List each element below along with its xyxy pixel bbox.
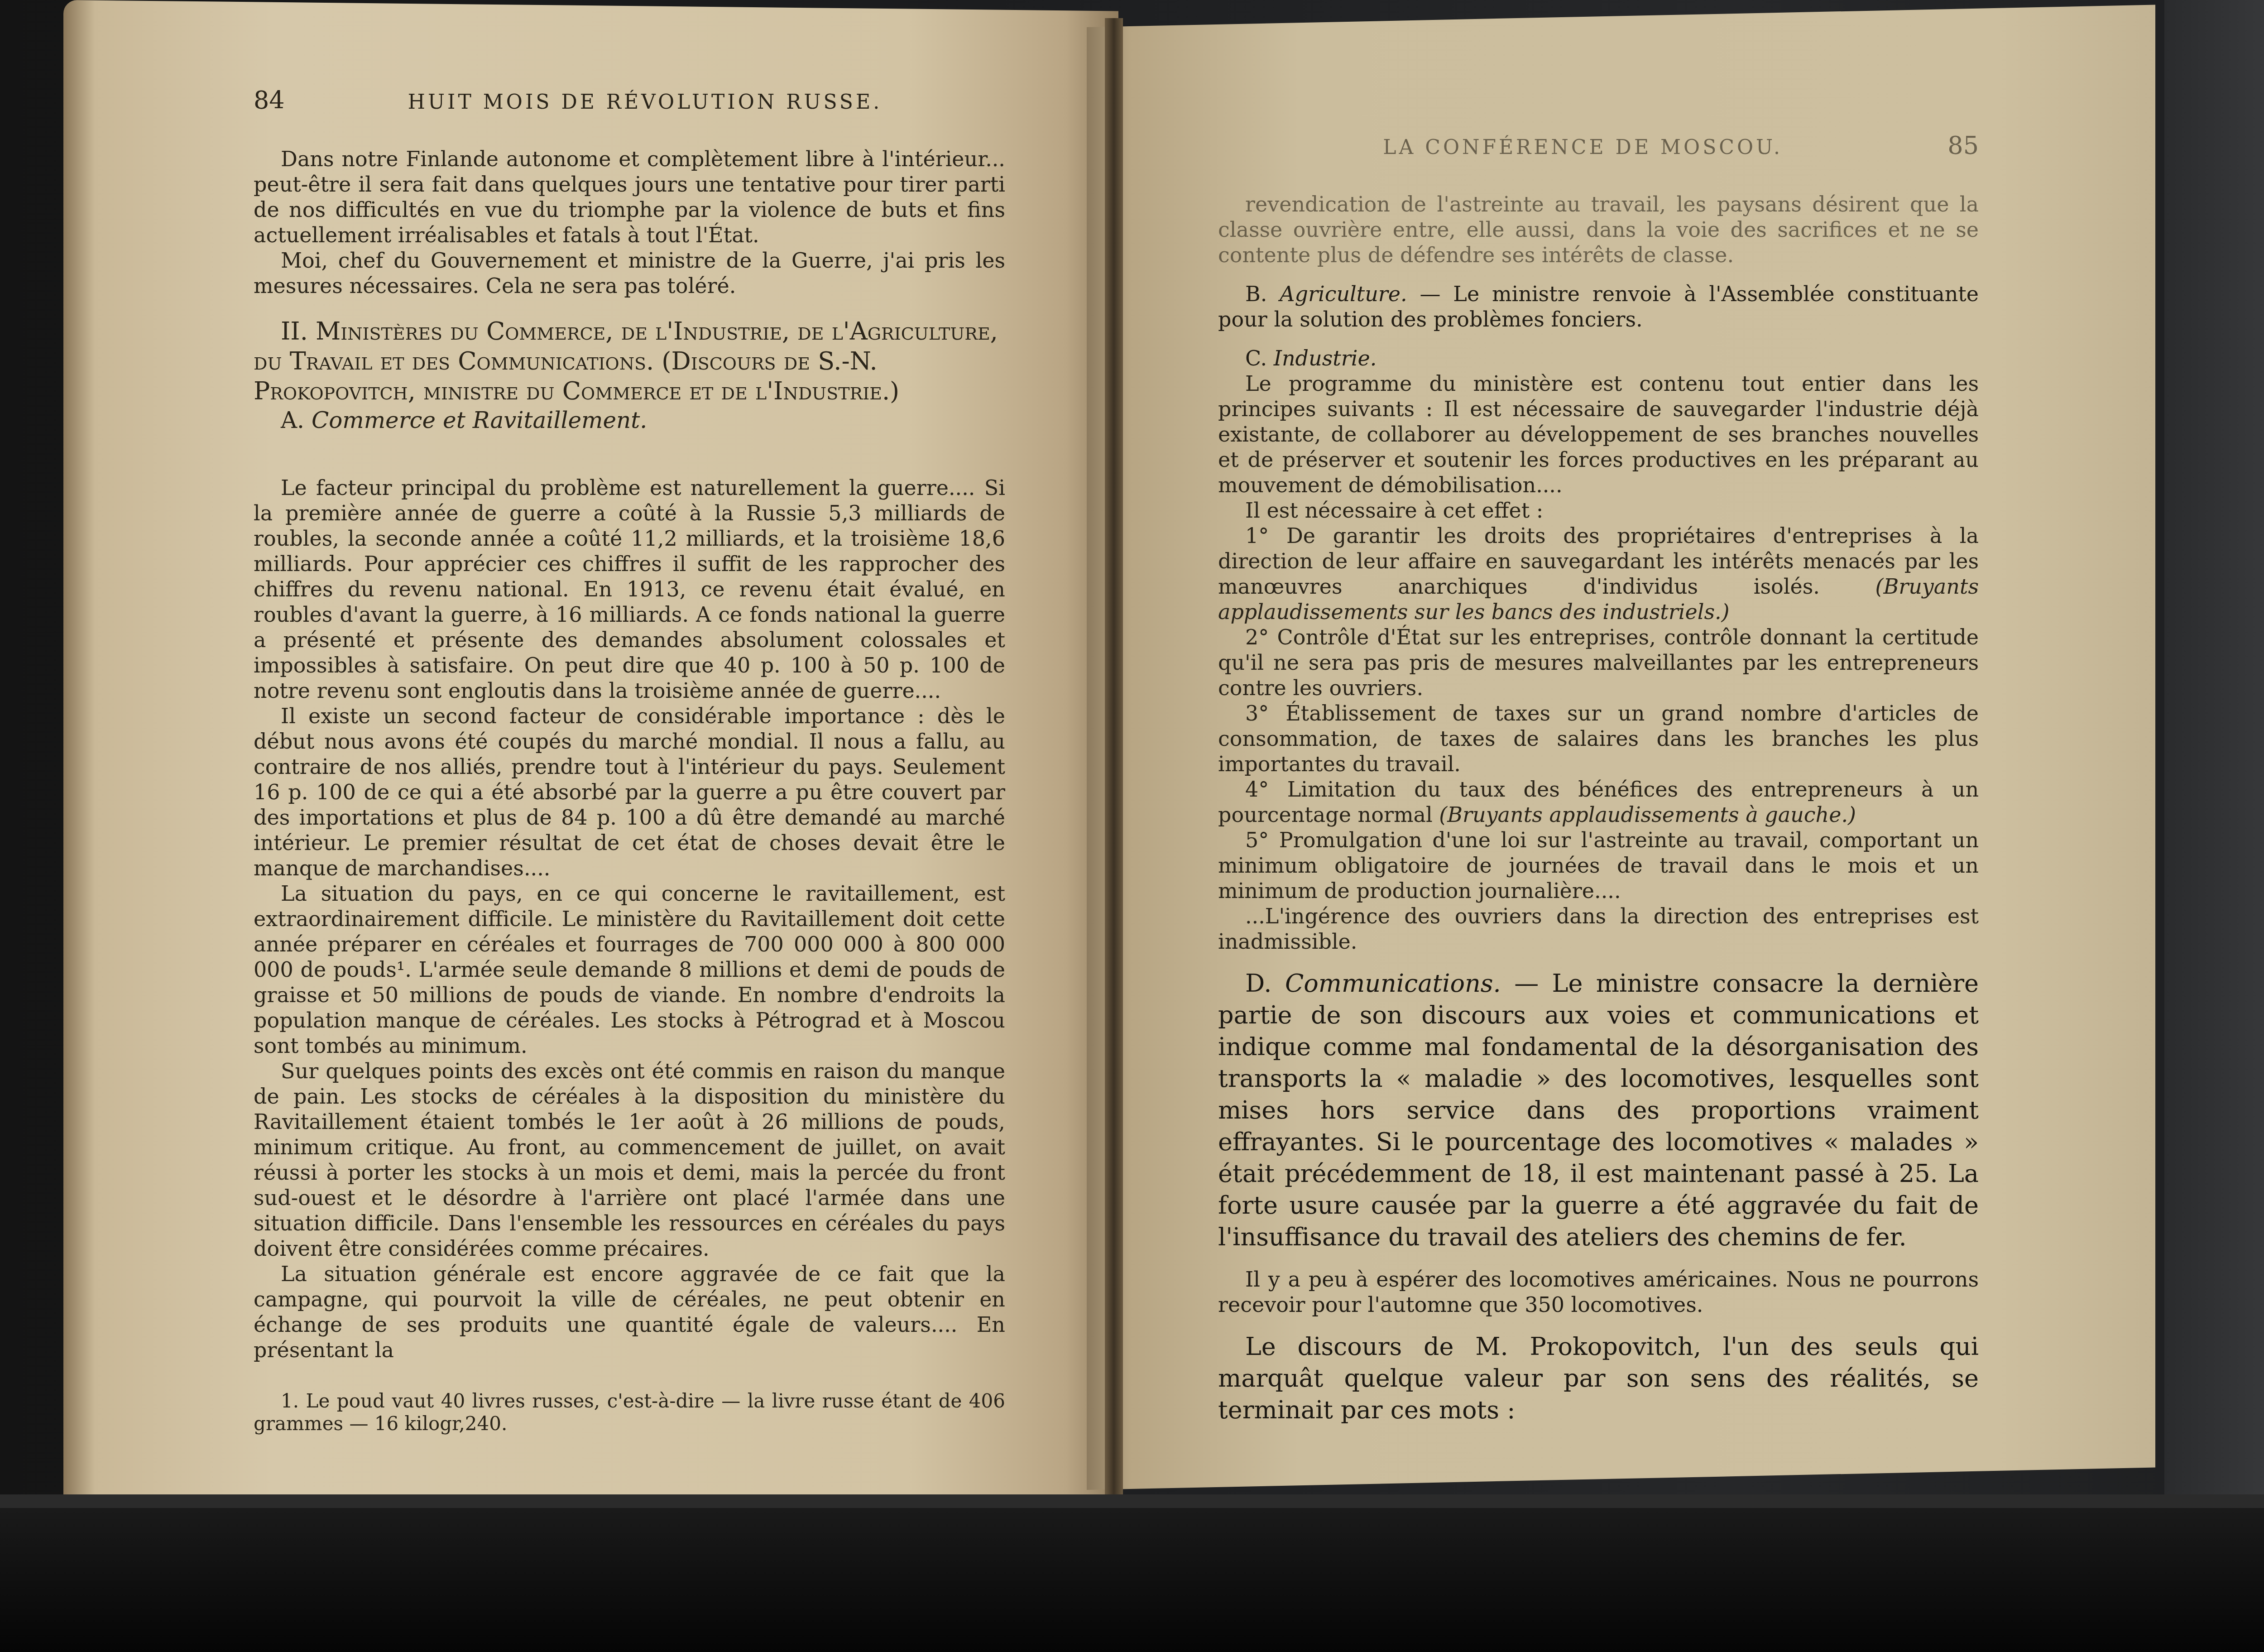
item-number: 1° — [1245, 523, 1269, 548]
list-item: 4° Limitation du taux des bénéfices des … — [1218, 777, 1979, 827]
list-item: 2° Contrôle d'État sur les entreprises, … — [1218, 624, 1979, 701]
paragraph: Sur quelques points des excès ont été co… — [254, 1058, 1005, 1261]
section-d-text: — Le ministre consacre la dernière parti… — [1218, 969, 1979, 1251]
quote-paragraph: Il y a peu à espérer des locomotives amé… — [1218, 1267, 1979, 1317]
right-running-head: LA CONFÉRENCE DE MOSCOU. 85 — [1218, 131, 1979, 160]
section-d-label: D. — [1245, 969, 1272, 998]
section-c-title: Industrie. — [1274, 346, 1377, 370]
paragraph: La situation du pays, en ce qui concerne… — [254, 881, 1005, 1058]
running-head-title-left: HUIT MOIS DE RÉVOLUTION RUSSE. — [408, 91, 883, 114]
paragraph: La situation générale est encore aggravé… — [254, 1261, 1005, 1363]
paragraph: Dans notre Finlande autonome et complète… — [254, 146, 1005, 248]
item-number: 4° — [1245, 777, 1269, 802]
item-aside: (Bruyants applaudissements à gauche.) — [1439, 802, 1856, 827]
left-page: 84 HUIT MOIS DE RÉVOLUTION RUSSE. Dans n… — [254, 86, 1005, 1435]
section-c-label: C. — [1245, 346, 1267, 370]
section-c-heading: C. Industrie. — [1218, 346, 1979, 371]
book-stand-side — [2164, 0, 2264, 1652]
item-text: De garantir les droits des propriétaires… — [1218, 523, 1979, 599]
section-c-intro: Le programme du ministère est contenu to… — [1218, 371, 1979, 498]
paragraph: Il existe un second facteur de considéra… — [254, 703, 1005, 881]
paragraph: Le facteur principal du problème est nat… — [254, 475, 1005, 703]
paragraph: Moi, chef du Gouvernement et ministre de… — [254, 248, 1005, 298]
list-item: 1° De garantir les droits des propriétai… — [1218, 523, 1979, 624]
section-c-closing: ...L'ingérence des ouvriers dans la dire… — [1218, 903, 1979, 954]
section-b: B. Agriculture. — Le ministre renvoie à … — [1218, 281, 1979, 332]
item-number: 3° — [1245, 701, 1269, 725]
subsection-label: A. — [281, 407, 304, 433]
closing-paragraph: Le discours de M. Prokopovitch, l'un des… — [1218, 1331, 1979, 1426]
continuation-paragraph: revendication de l'astreinte au travail,… — [1218, 192, 1979, 268]
section-c-lead: Il est nécessaire à cet effet : — [1218, 498, 1979, 523]
page-number-right: 85 — [1947, 131, 1979, 160]
item-text: Établissement de taxes sur un grand nomb… — [1218, 701, 1979, 776]
right-page: LA CONFÉRENCE DE MOSCOU. 85 revendicatio… — [1218, 131, 1979, 1426]
left-running-head: 84 HUIT MOIS DE RÉVOLUTION RUSSE. — [254, 86, 1005, 115]
book-stand-base — [0, 1508, 2264, 1652]
item-number: 2° — [1245, 625, 1269, 649]
section-b-title: Agriculture. — [1280, 282, 1407, 306]
list-item: 5° Promulgation d'une loi sur l'astreint… — [1218, 827, 1979, 903]
section-d-title: Communications. — [1285, 969, 1501, 998]
item-number: 5° — [1245, 828, 1269, 852]
item-text: Promulgation d'une loi sur l'astreinte a… — [1218, 828, 1979, 903]
book-gutter — [1105, 18, 1123, 1503]
item-text: Contrôle d'État sur les entreprises, con… — [1218, 625, 1979, 700]
list-item: 3° Établissement de taxes sur un grand n… — [1218, 701, 1979, 777]
section-b-label: B. — [1245, 282, 1267, 306]
subsection-title: Commerce et Ravitaillement. — [312, 407, 647, 433]
running-head-title-right: LA CONFÉRENCE DE MOSCOU. — [1383, 136, 1783, 159]
section-title: II. Ministères du Commerce, de l'Industr… — [254, 317, 1005, 406]
page-number-left: 84 — [254, 86, 285, 115]
subsection-heading: A. Commerce et Ravitaillement. — [254, 406, 1005, 434]
section-d: D. Communications. — Le ministre consacr… — [1218, 968, 1979, 1253]
footnote: 1. Le poud vaut 40 livres russes, c'est-… — [254, 1390, 1005, 1435]
